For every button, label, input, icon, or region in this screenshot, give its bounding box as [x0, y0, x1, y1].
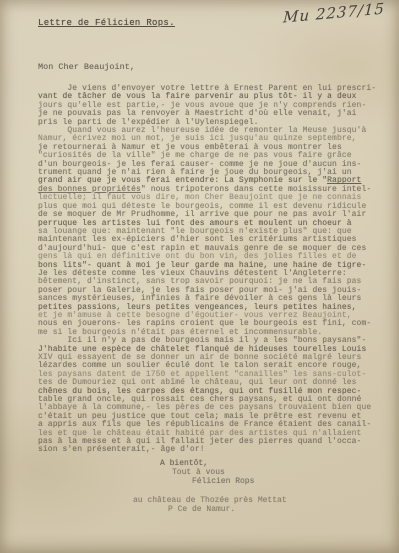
letter-valediction: Tout à vous: [172, 468, 225, 477]
archive-code-handwritten: Mu 2237/15: [283, 0, 386, 27]
letter-scan: Mu 2237/15 Lettre de Félicien Rops. Mon …: [0, 0, 399, 553]
letter-title: Lettre de Félicien Rops.: [38, 18, 175, 28]
letter-salutation: Mon Cher Beaujoint,: [38, 62, 135, 72]
letter-address-line1: au château de Thozée près Mettat: [133, 496, 287, 505]
letter-line: sion s'en présenterait,- âge d'or!: [38, 446, 393, 454]
letter-farewell: A bientôt,: [160, 459, 208, 468]
letter-signature: Félicien Rops: [192, 477, 254, 486]
letter-address-line2: P Ce de Namur.: [168, 505, 235, 514]
letter-body: Je viens d'envoyer votre lettre à Ernest…: [38, 85, 393, 455]
